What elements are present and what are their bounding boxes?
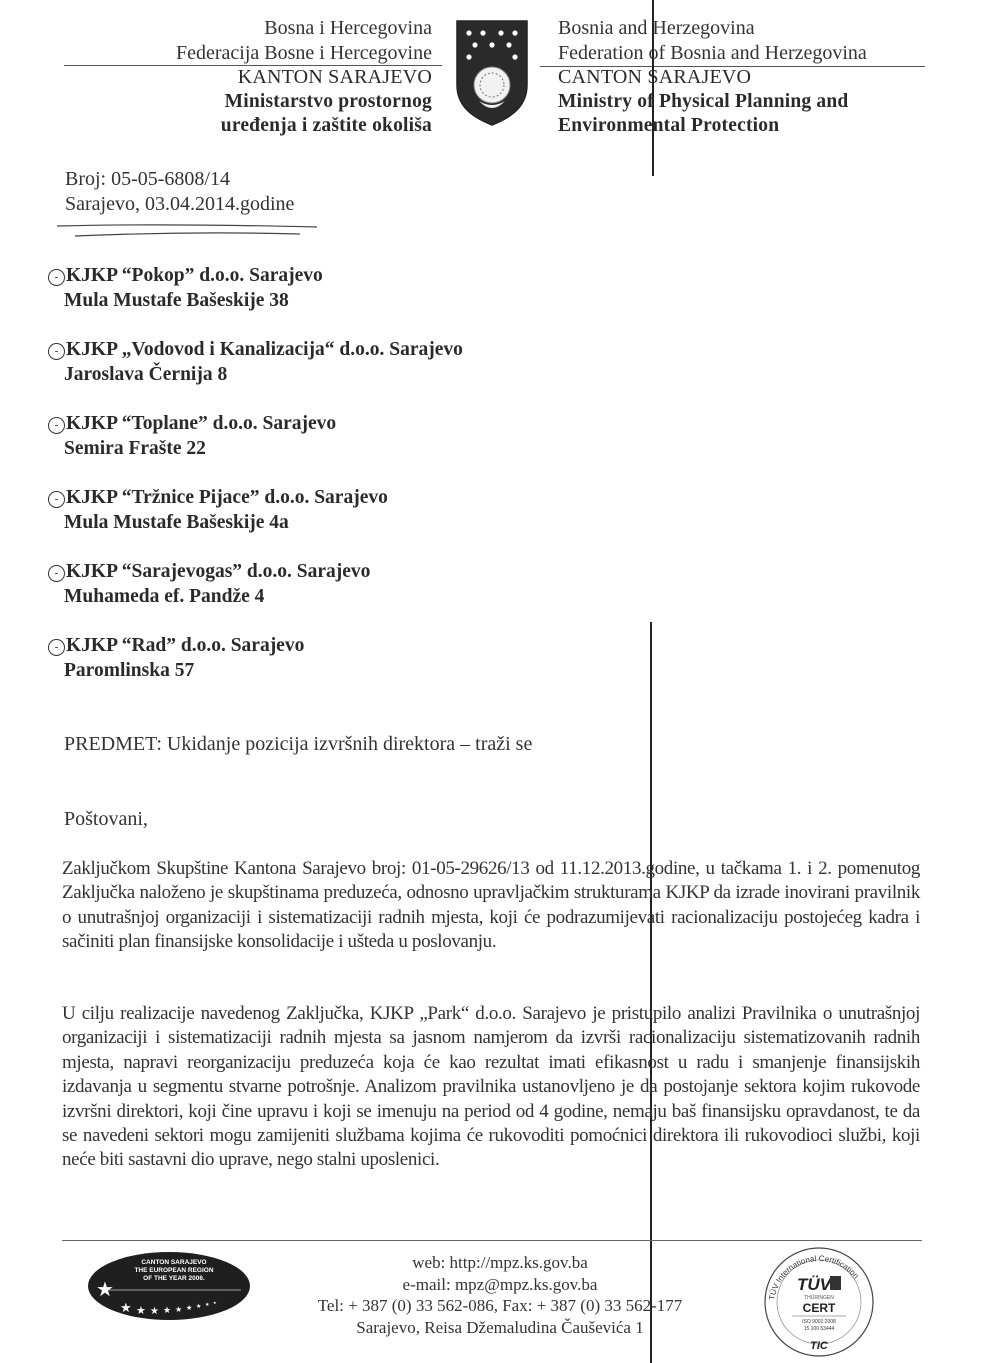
subject-line: PREDMET: Ukidanje pozicija izvršnih dire…	[64, 733, 532, 756]
recipient-address: Paromlinska 57	[48, 659, 648, 684]
header-ministry-en-line1: Ministry of Physical Planning and	[558, 90, 928, 115]
recipient-name: KJKP “Pokop” d.o.o. Sarajevo	[66, 265, 323, 286]
header-country-en: Bosnia and Herzegovina	[558, 16, 928, 41]
footer-web-link[interactable]: web: http://mpz.ks.gov.ba	[300, 1252, 700, 1274]
header-left: Bosna i Hercegovina Federacija Bosne i H…	[60, 16, 432, 139]
circled-dash-mark-icon: -	[48, 269, 65, 286]
handwritten-underline	[55, 222, 320, 238]
circled-dash-mark-icon: -	[48, 491, 65, 508]
recipient-name: KJKP “Rad” d.o.o. Sarajevo	[66, 635, 304, 656]
recipient-name: KJKP „Vodovod i Kanalizacija“ d.o.o. Sar…	[66, 339, 463, 360]
circled-dash-mark-icon: -	[48, 343, 65, 360]
header-ministry-line2: uređenja i zaštite okoliša	[60, 114, 432, 139]
footer-phone: Tel: + 387 (0) 33 562-086, Fax: + 387 (0…	[300, 1295, 700, 1317]
greeting: Poštovani,	[64, 808, 148, 831]
svg-text:★: ★	[205, 1302, 210, 1308]
svg-text:TÜV: TÜV	[797, 1275, 833, 1294]
recipient-address: Muhameda ef. Pandže 4	[48, 585, 648, 610]
circled-dash-mark-icon: -	[48, 417, 65, 434]
svg-text:★: ★	[96, 1277, 114, 1301]
svg-text:ISO 9001:2008: ISO 9001:2008	[802, 1319, 836, 1325]
header-ministry-en-line2: Environmental Protection	[558, 114, 928, 139]
header-federation-en: Federation of Bosnia and Herzegovina	[558, 41, 928, 66]
recipient-address: Jaroslava Černija 8	[48, 363, 648, 388]
svg-text:★: ★	[120, 1301, 132, 1316]
header-country: Bosna i Hercegovina	[60, 16, 432, 41]
header-canton-en: CANTON SARAJEVO	[558, 65, 928, 90]
svg-text:★: ★	[163, 1306, 171, 1316]
recipient-item: -KJKP “Tržnice Pijace” d.o.o. Sarajevo M…	[48, 486, 648, 535]
header-ministry-line1: Ministarstvo prostornog	[60, 90, 432, 115]
svg-text:★: ★	[175, 1305, 182, 1314]
footer-divider	[62, 1240, 922, 1241]
svg-text:CANTON SARAJEVO: CANTON SARAJEVO	[141, 1259, 206, 1266]
svg-text:★: ★	[136, 1304, 146, 1317]
recipient-name: KJKP “Toplane” d.o.o. Sarajevo	[66, 413, 336, 434]
header-divider-left	[64, 65, 442, 66]
svg-text:THÜRINGEN: THÜRINGEN	[804, 1294, 834, 1301]
circled-dash-mark-icon: -	[48, 639, 65, 656]
header-divider-right	[540, 66, 925, 67]
recipient-address: Mula Mustafe Bašeskije 38	[48, 289, 648, 314]
footer-contact: web: http://mpz.ks.gov.ba e-mail: mpz@mp…	[300, 1252, 700, 1338]
recipient-name: KJKP “Sarajevogas” d.o.o. Sarajevo	[66, 561, 370, 582]
svg-text:THE EUROPEAN REGION: THE EUROPEAN REGION	[134, 1267, 213, 1274]
recipient-item: -KJKP “Sarajevogas” d.o.o. Sarajevo Muha…	[48, 560, 648, 609]
recipient-address: Semira Frašte 22	[48, 437, 648, 462]
scan-artifact-line	[652, 0, 654, 176]
recipient-item: -KJKP “Pokop” d.o.o. Sarajevo Mula Musta…	[48, 264, 648, 313]
svg-text:★: ★	[186, 1304, 192, 1312]
document-place-date: Sarajevo, 03.04.2014.godine	[65, 192, 294, 217]
header-federation: Federacija Bosne i Hercegovine	[60, 41, 432, 66]
footer-address: Sarajevo, Reisa Džemaludina Čauševića 1	[300, 1317, 700, 1339]
body-paragraph: Zaključkom Skupštine Kantona Sarajevo br…	[62, 857, 920, 955]
svg-text:CERT: CERT	[803, 1301, 836, 1315]
header-right: Bosnia and Herzegovina Federation of Bos…	[558, 16, 928, 139]
svg-text:★: ★	[196, 1303, 201, 1310]
recipient-item: -KJKP „Vodovod i Kanalizacija“ d.o.o. Sa…	[48, 338, 648, 387]
document-meta: Broj: 05-05-6808/14 Sarajevo, 03.04.2014…	[65, 167, 294, 217]
svg-text:★: ★	[213, 1300, 217, 1305]
svg-text:15 100 53444: 15 100 53444	[804, 1326, 835, 1332]
tuv-certification-seal-icon: TÜV International Certification TÜV THÜR…	[760, 1246, 878, 1358]
recipient-name: KJKP “Tržnice Pijace” d.o.o. Sarajevo	[66, 487, 388, 508]
recipient-item: -KJKP “Toplane” d.o.o. Sarajevo Semira F…	[48, 412, 648, 461]
svg-text:★: ★	[150, 1306, 159, 1317]
circled-dash-mark-icon: -	[48, 565, 65, 582]
footer-email-link[interactable]: e-mail: mpz@mpz.ks.gov.ba	[300, 1274, 700, 1296]
recipient-address: Mula Mustafe Bašeskije 4a	[48, 511, 648, 536]
recipient-list: -KJKP “Pokop” d.o.o. Sarajevo Mula Musta…	[48, 264, 648, 708]
body-paragraph: U cilju realizacije navedenog Zaključka,…	[62, 1002, 920, 1173]
recipient-item: -KJKP “Rad” d.o.o. Sarajevo Paromlinska …	[48, 634, 648, 683]
header-canton: KANTON SARAJEVO	[60, 65, 432, 90]
coat-of-arms-shield-icon	[455, 19, 529, 127]
svg-text:OF THE YEAR 2006.: OF THE YEAR 2006.	[143, 1275, 205, 1282]
document-number: Broj: 05-05-6808/14	[65, 167, 294, 192]
svg-text:TIC: TIC	[810, 1340, 829, 1352]
european-region-seal-icon: CANTON SARAJEVO THE EUROPEAN REGION OF T…	[86, 1250, 252, 1322]
